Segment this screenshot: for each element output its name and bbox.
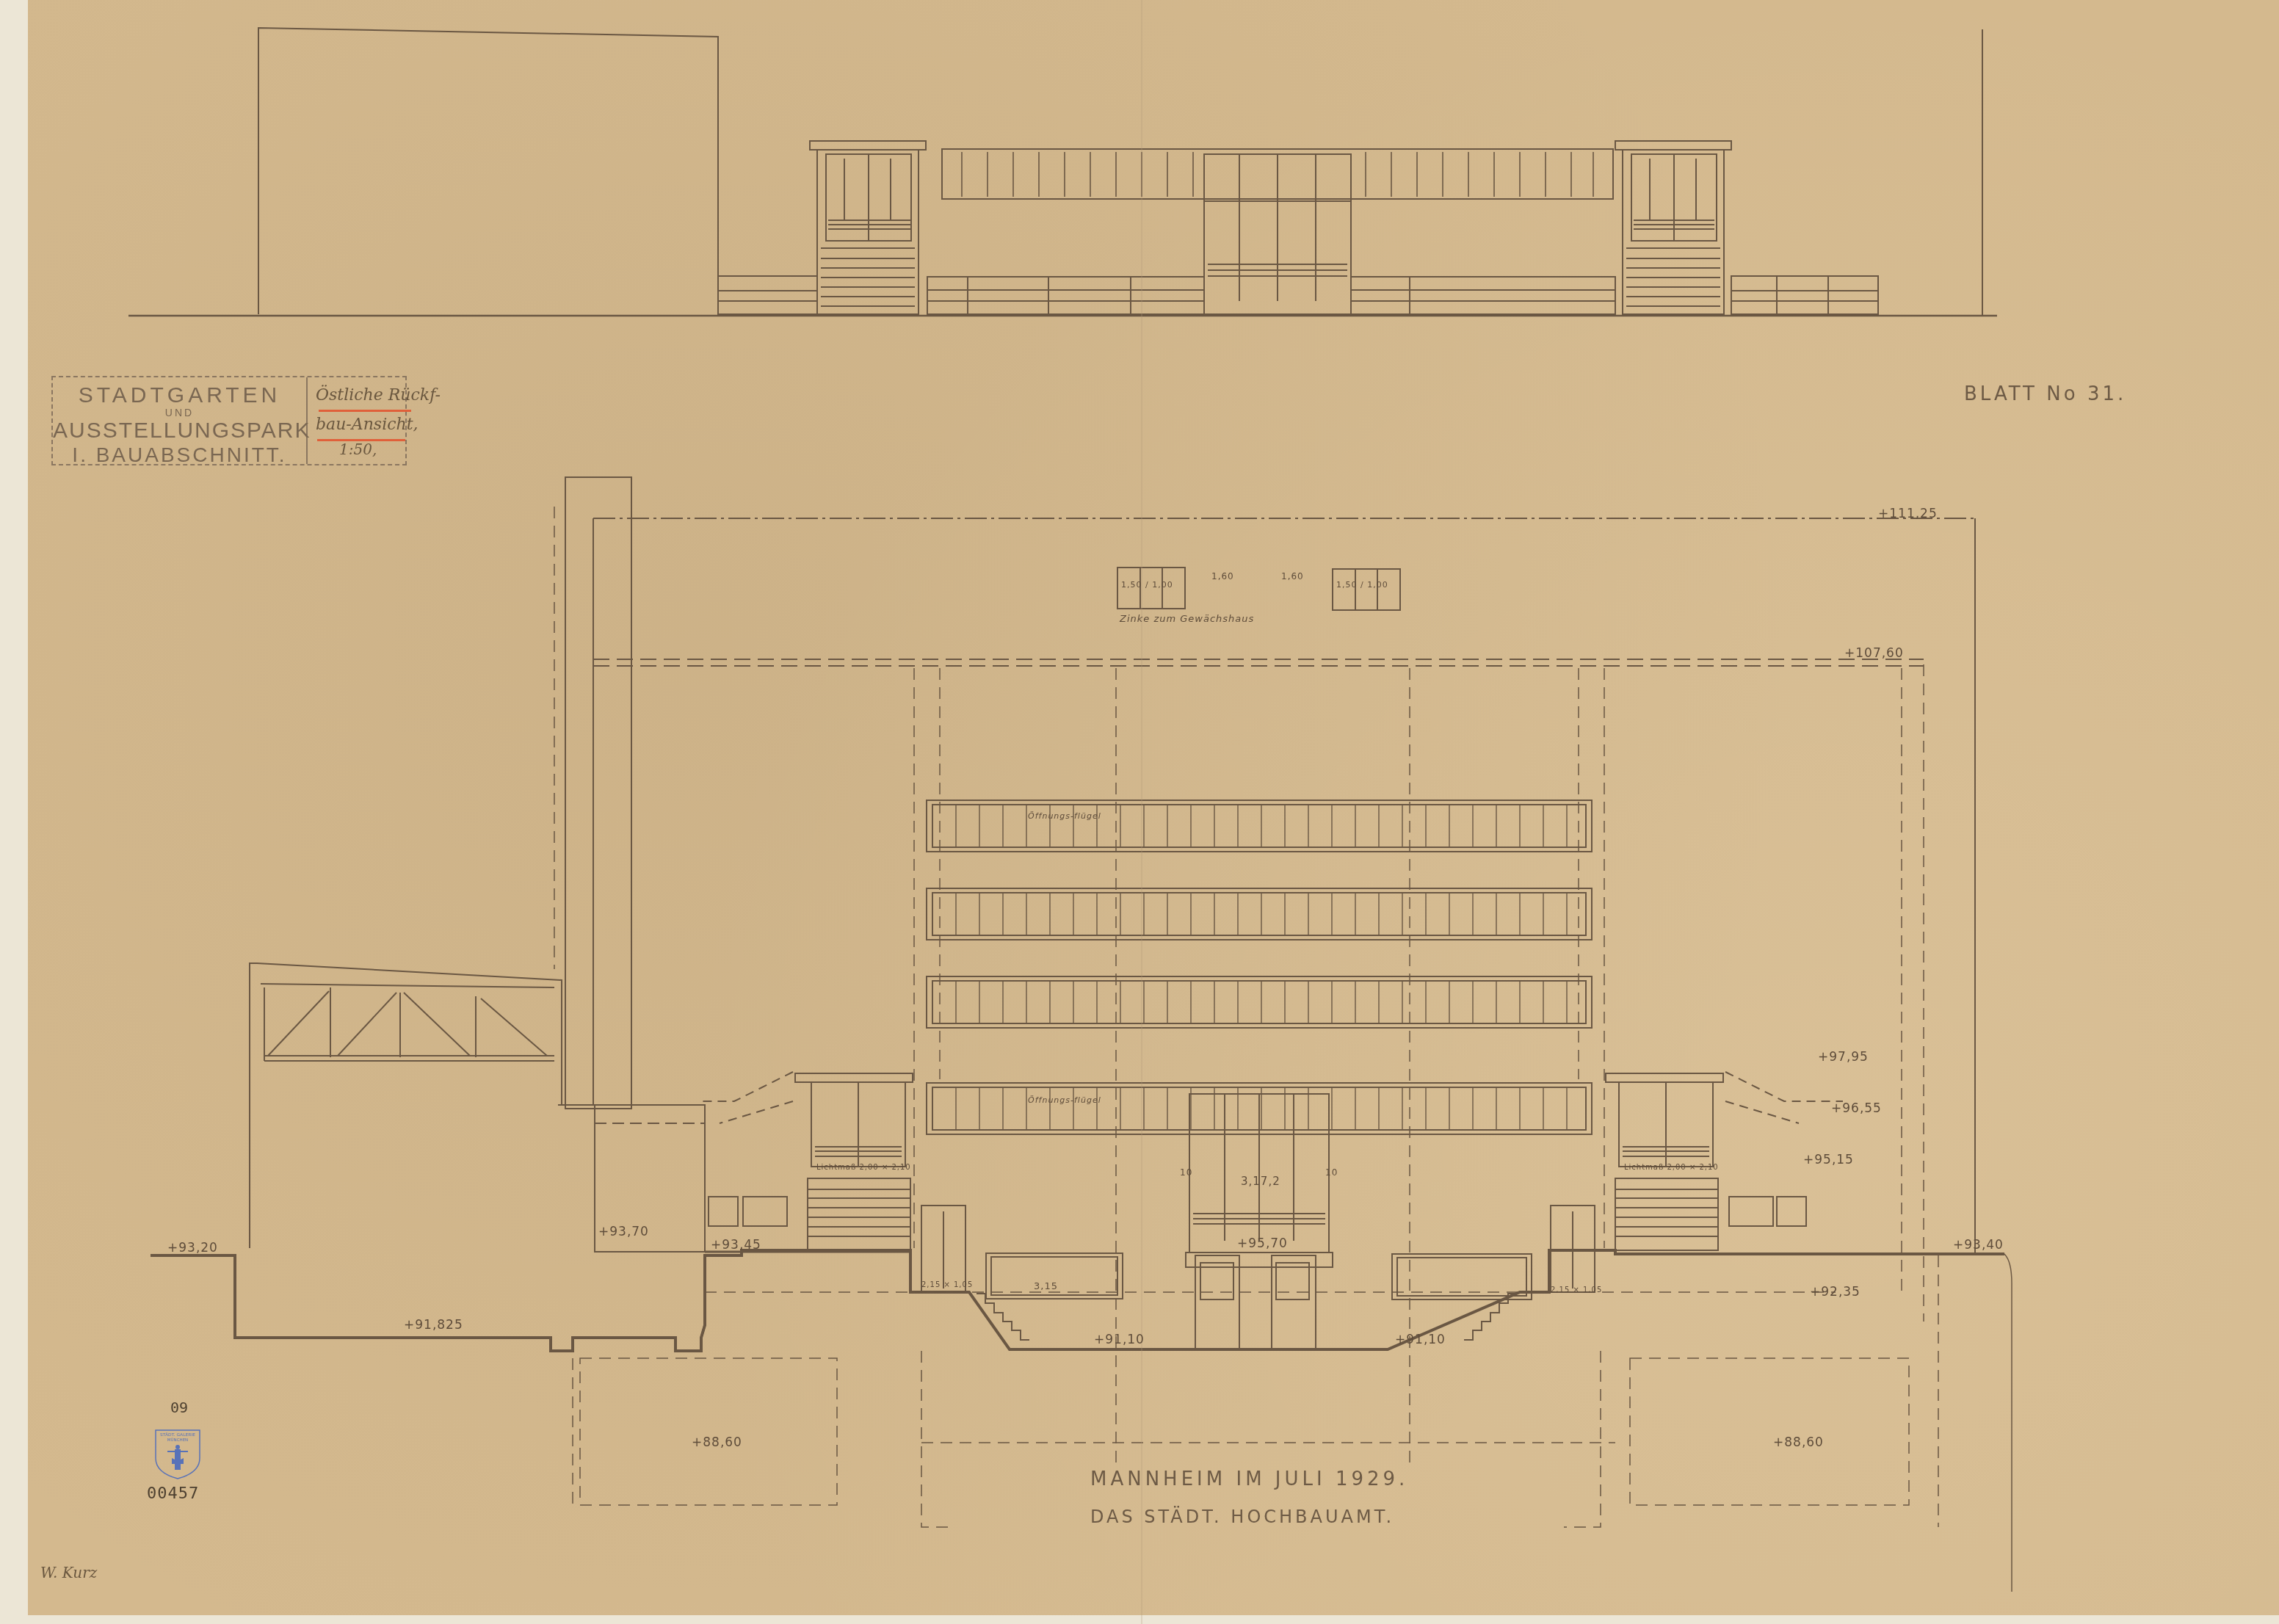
place-date: MANNHEIM IM JULI 1929. bbox=[1090, 1468, 1408, 1490]
title-line-2: UND bbox=[53, 407, 306, 418]
level-label: +107,60 bbox=[1844, 646, 1904, 661]
wall-dimension: 10 bbox=[1180, 1167, 1192, 1178]
level-label: +95,15 bbox=[1803, 1153, 1854, 1167]
window-dimension: 1,50 / 1,00 bbox=[1336, 580, 1388, 590]
wall-dimension: 10 bbox=[1325, 1167, 1338, 1178]
title-line-1: STADTGARTEN bbox=[53, 383, 306, 408]
folder-number: 09 bbox=[170, 1399, 188, 1416]
level-label: +95,70 bbox=[1237, 1236, 1288, 1251]
handwritten-note: Zinke zum Gewächshaus bbox=[1120, 614, 1254, 625]
red-underline bbox=[319, 410, 411, 412]
door-dimension: 2,15 × 1,05 bbox=[1551, 1286, 1602, 1294]
door-dimension: 3,17,2 bbox=[1241, 1175, 1280, 1188]
handwritten-note: Öffnungs-flügel bbox=[1028, 1095, 1101, 1105]
level-label: +91,825 bbox=[404, 1318, 463, 1333]
door-dimension: Lichtmaß 2,00 × 2,10 bbox=[816, 1164, 911, 1172]
level-label: +93,40 bbox=[1953, 1238, 2004, 1253]
elevation-drawing bbox=[0, 0, 2279, 1624]
signature: W. Kurz bbox=[40, 1564, 97, 1581]
door-dimension: Lichtmaß 2,00 × 2,10 bbox=[1624, 1164, 1719, 1172]
level-label: +92,35 bbox=[1810, 1285, 1860, 1299]
inventory-number: 00457 bbox=[147, 1485, 199, 1503]
top-elevation bbox=[128, 28, 1997, 316]
scale: 1:50, bbox=[339, 441, 377, 458]
title-block: STADTGARTEN UND AUSSTELLUNGSPARK I. BAUA… bbox=[51, 376, 407, 465]
level-label: +111,25 bbox=[1878, 507, 1938, 521]
level-label: +97,95 bbox=[1818, 1050, 1869, 1065]
spacing-dimension: 1,60 bbox=[1211, 571, 1234, 581]
level-label: +88,60 bbox=[1773, 1435, 1824, 1450]
window-dimension: 1,50 / 1,00 bbox=[1121, 580, 1173, 590]
level-label: +93,45 bbox=[711, 1238, 761, 1253]
view-line-2: bau-Ansicht, bbox=[316, 416, 419, 434]
level-label: +91,10 bbox=[1395, 1333, 1446, 1347]
level-label: +96,55 bbox=[1831, 1101, 1882, 1116]
svg-text:MÜNCHEN: MÜNCHEN bbox=[167, 1438, 188, 1443]
title-line-4: I. BAUABSCHNITT. bbox=[53, 443, 306, 467]
main-elevation bbox=[151, 477, 2012, 1592]
level-label: +93,70 bbox=[598, 1225, 649, 1239]
handwritten-note: Öffnungs-flügel bbox=[1028, 811, 1101, 821]
level-label: +88,60 bbox=[692, 1435, 742, 1450]
level-label: +91,10 bbox=[1094, 1333, 1145, 1347]
level-label: +93,20 bbox=[167, 1241, 218, 1255]
archive-stamp-icon: STÄDT. GALERIE MÜNCHEN bbox=[154, 1429, 201, 1480]
view-line-1: Östliche Rückf- bbox=[316, 386, 441, 405]
plate-number: BLATT No 31. bbox=[1964, 383, 2126, 405]
svg-text:STÄDT. GALERIE: STÄDT. GALERIE bbox=[160, 1432, 195, 1438]
project-title: STADTGARTEN UND AUSSTELLUNGSPARK I. BAUA… bbox=[53, 377, 308, 464]
title-line-3: AUSSTELLUNGSPARK bbox=[53, 418, 306, 443]
spacing-dimension: 1,60 bbox=[1281, 571, 1304, 581]
window-dimension: 3,15 bbox=[1034, 1281, 1058, 1292]
footer-block: MANNHEIM IM JULI 1929. DAS STÄDT. HOCHBA… bbox=[1090, 1468, 1408, 1527]
office-name: DAS STÄDT. HOCHBAUAMT. bbox=[1090, 1507, 1408, 1527]
view-description: Östliche Rückf- bau-Ansicht, 1:50, bbox=[310, 377, 405, 464]
door-dimension: 2,15 × 1,05 bbox=[921, 1281, 973, 1289]
